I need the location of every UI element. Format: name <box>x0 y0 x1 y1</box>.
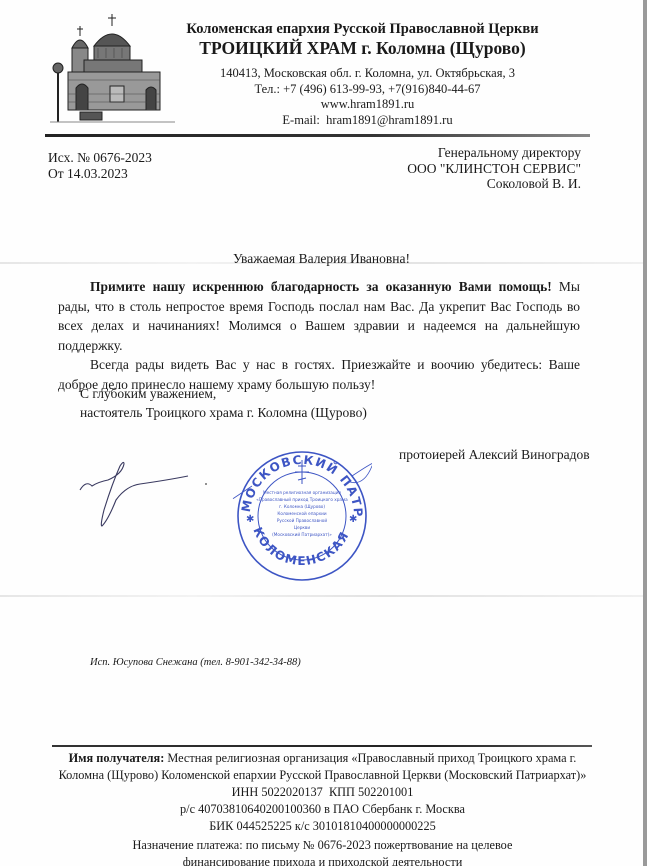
letter-page: Коломенская епархия Русской Православной… <box>0 0 643 866</box>
executor-contact: Исп. Юсупова Снежана (тел. 8-901-342-34-… <box>90 657 301 668</box>
bik: БИК 044525225 к/с 30101810400000000225 <box>45 818 600 835</box>
svg-text:«Православный приход Троицкого: «Православный приход Троицкого храма <box>256 497 348 502</box>
recipient-label: Имя получателя: <box>69 751 165 765</box>
fold-crease <box>0 595 643 597</box>
recipient-block: Генеральному директору ООО "КЛИНСТОН СЕР… <box>407 145 581 192</box>
outgoing-reference: Исх. № 0676-2023 От 14.03.2023 <box>48 150 152 182</box>
footer-divider <box>52 745 592 747</box>
signer-name: протоиерей Алексий Виноградов <box>399 447 590 463</box>
recipient-name: Соколовой В. И. <box>407 176 581 192</box>
page-edge <box>643 0 647 866</box>
closing: С глубоким уважением, настоятель Троицко… <box>80 384 367 422</box>
paragraph-1: Примите нашу искреннюю благодарность за … <box>58 277 580 355</box>
handwritten-signature <box>78 460 218 540</box>
letter-body: Примите нашу искреннюю благодарность за … <box>58 277 580 394</box>
svg-text:Русской Православной: Русской Православной <box>277 518 327 523</box>
svg-text:✱: ✱ <box>349 514 357 525</box>
svg-text:✱: ✱ <box>246 514 254 525</box>
closing-line-2: настоятель Троицкого храма г. Коломна (Щ… <box>80 403 367 422</box>
greeting: Уважаемая Валерия Ивановна! <box>0 251 643 267</box>
payment-purpose: Назначение платежа: по письму № 0676-202… <box>45 837 600 866</box>
church-seal-stamp: МОСКОВСКИЙ ПАТРИАРХАТ КОЛОМЕНСКАЯ ЕПАРХИ… <box>232 446 372 584</box>
address: 140413, Московская обл. г. Коломна, ул. … <box>190 66 545 82</box>
phone: Тел.: +7 (496) 613-99-93, +7(916)840-44-… <box>190 82 545 98</box>
bank-recipient: Имя получателя: Местная религиозная орга… <box>45 750 600 784</box>
svg-text:г. Коломна (Щурово): г. Коломна (Щурово) <box>279 504 325 509</box>
closing-line-1: С глубоким уважением, <box>80 384 367 403</box>
website-link[interactable]: www.hram1891.ru <box>190 97 545 113</box>
outgoing-number: Исх. № 0676-2023 <box>48 150 152 166</box>
inn-kpp: ИНН 5022020137 КПП 502201001 <box>45 784 600 801</box>
bank-details: Имя получателя: Местная религиозная орга… <box>45 750 600 866</box>
svg-text:Местная религиозная организаци: Местная религиозная организация <box>263 490 341 495</box>
recipient-position: Генеральному директору <box>407 145 581 161</box>
outgoing-date: От 14.03.2023 <box>48 166 152 182</box>
letterhead: Коломенская епархия Русской Православной… <box>190 20 545 128</box>
header-divider <box>45 134 590 137</box>
diocese-name: Коломенская епархия Русской Православной… <box>180 20 545 38</box>
cathedral-engraving-icon <box>50 12 180 130</box>
svg-text:Церкви: Церкви <box>294 525 310 530</box>
svg-text:(Московский Патриархат)»: (Московский Патриархат)» <box>272 532 332 537</box>
email-link[interactable]: E-mail: hram1891@hram1891.ru <box>190 113 545 129</box>
recipient-company: ООО "КЛИНСТОН СЕРВИС" <box>407 161 581 177</box>
bank-account: р/с 40703810640200100360 в ПАО Сбербанк … <box>45 801 600 818</box>
church-name: ТРОИЦКИЙ ХРАМ г. Коломна (Щурово) <box>180 38 545 58</box>
svg-text:Коломенской епархии: Коломенской епархии <box>277 511 326 516</box>
gratitude-bold: Примите нашу искреннюю благодарность за … <box>90 279 552 294</box>
